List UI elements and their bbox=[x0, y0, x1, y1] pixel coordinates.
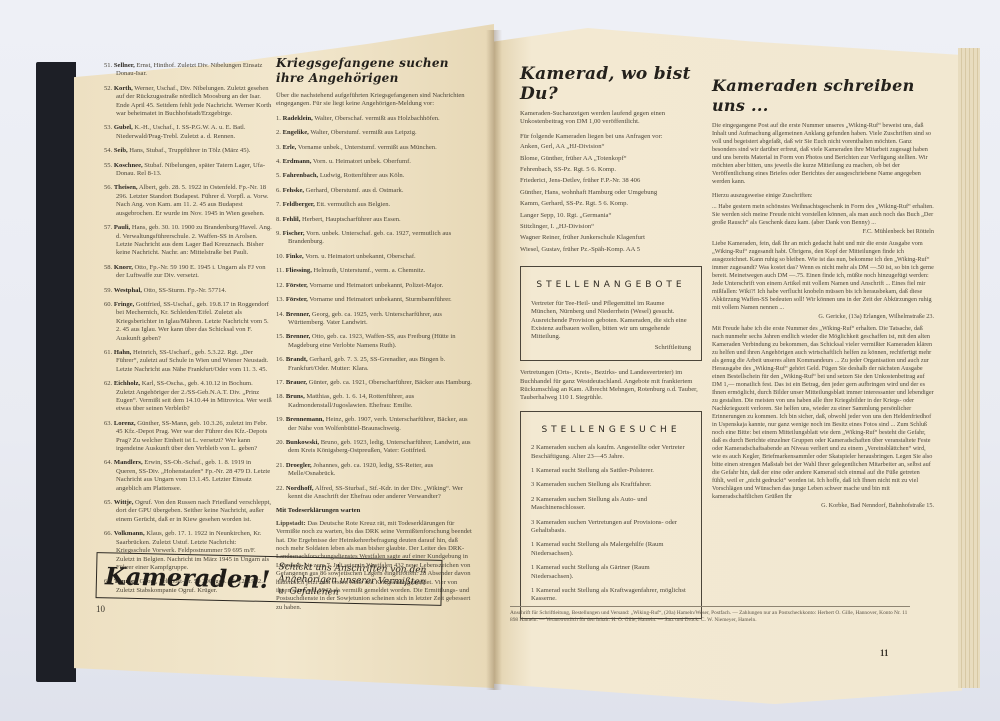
kameraden-banner: Kameraden! Schickt uns Anschriften von d… bbox=[96, 552, 443, 606]
left-page-number: 10 bbox=[96, 604, 105, 614]
pow-entry: 6. Fehske, Gerhard, Oberstumf. aus d. Os… bbox=[276, 187, 472, 195]
inquiry-names-list: Anken, Gerl, AA „HJ-Division“Blome, Günt… bbox=[520, 143, 702, 254]
entry-name: Wittje, bbox=[114, 499, 133, 506]
entry-name: Finke, bbox=[286, 253, 304, 260]
inquiry-name: Kamm, Gerhard, SS-Pz. Rgt. 5 6. Komp. bbox=[520, 200, 702, 208]
job-seeker-item: 3 Kameraden suchen Stellung als Kraftfah… bbox=[531, 481, 691, 489]
inquiry-name: Blome, Günther, früher AA „Totenkopf“ bbox=[520, 155, 702, 163]
inquiry-name: Anken, Gerl, AA „HJ-Division“ bbox=[520, 143, 702, 151]
inquiry-name: Wiesel, Gustav, früher Pz.-Späh-Komp. AA… bbox=[520, 246, 702, 254]
missing-person-entry: 61. Hahn, Heinrich, SS-Uscharf., geb. 5.… bbox=[104, 349, 272, 374]
banner-title: Kameraden! bbox=[105, 561, 271, 594]
letter-text: Liebe Kameraden, fein, daß Ihr an mich g… bbox=[712, 240, 934, 312]
entry-name: Lorenz, bbox=[114, 420, 136, 427]
pow-entry: 1. Radeklein, Walter, Oberschaf. vermißt… bbox=[276, 115, 472, 123]
job-offers-text: Vertreter für Tee-Heil- und Pflegemittel… bbox=[531, 300, 691, 342]
pow-entry: 2. Engelike, Walter, Oberstumf. vermißt … bbox=[276, 129, 472, 137]
pow-entry: 14. Brenner, Georg, geb. ca. 1925, verh.… bbox=[276, 311, 472, 328]
entry-name: Korth, bbox=[114, 85, 133, 92]
entry-name: Erdmann, bbox=[283, 158, 312, 165]
job-seeker-item: 1 Kamerad sucht Stellung als Malergehilf… bbox=[531, 541, 691, 558]
book-gutter bbox=[486, 30, 502, 690]
pow-column: Kriegsgefangene suchen ihre Angehörigen … bbox=[276, 56, 472, 618]
entry-name: Theisen, bbox=[114, 184, 138, 191]
right-page-number: 11 bbox=[880, 648, 889, 658]
entry-name: Mandlers, bbox=[114, 459, 143, 466]
pow-entry: 9. Fischer, Vorn. unbek. Unterschaf. geb… bbox=[276, 230, 472, 247]
inquiry-intro: Für folgende Kameraden liegen bei uns An… bbox=[520, 133, 702, 141]
entry-name: Sellner, bbox=[114, 62, 135, 69]
letters-intro: Die eingegangene Post auf die erste Numm… bbox=[712, 122, 934, 186]
job-seeker-item: 2 Kameraden suchen Stellung als Auto- un… bbox=[531, 496, 691, 513]
missing-persons-column: 51. Sellner, Ernst, Hinthof. Zuletzt Div… bbox=[104, 62, 272, 601]
pow-entry: 15. Brenner, Otto, geb. ca. 1923, Waffen… bbox=[276, 333, 472, 350]
kamerad-intro: Kameraden-Suchanzeigen werden laufend ge… bbox=[520, 110, 702, 127]
agency-notice: Vertretungen (Orts-, Kreis-, Bezirks- un… bbox=[520, 369, 702, 403]
entry-name: Fischer, bbox=[283, 230, 305, 237]
job-seeker-item: 1 Kamerad sucht Stellung als Sattler-Pol… bbox=[531, 467, 691, 475]
entry-name: Förster, bbox=[286, 282, 308, 289]
inquiry-name: Langer Sepp, 10. Rgt. „Germania“ bbox=[520, 212, 702, 220]
letters-heading: Kameraden schreiben uns ... bbox=[712, 76, 934, 116]
pow-entry: 13. Förster, Vorname und Heimatort unbek… bbox=[276, 296, 472, 304]
letter-text: ... Habe gestern mein schönstes Weihnach… bbox=[712, 203, 934, 227]
pow-entry: 16. Brandt, Gerhard, geb. 7. 3. 25, SS-G… bbox=[276, 356, 472, 373]
page-edges bbox=[958, 48, 980, 688]
entry-name: Radeklein, bbox=[283, 115, 313, 122]
entry-name: Knorr, bbox=[114, 264, 133, 271]
pow-entry: 4. Erdmann, Vorn. u. Heimatort unbek. Ob… bbox=[276, 158, 472, 166]
entry-name: Brauer, bbox=[286, 379, 307, 386]
pow-heading: Kriegsgefangene suchen ihre Angehörigen bbox=[276, 56, 472, 86]
entry-name: Pauli, bbox=[114, 224, 130, 231]
letters-list: ... Habe gestern mein schönstes Weihnach… bbox=[712, 203, 934, 510]
entry-name: Hahn, bbox=[114, 349, 131, 356]
entry-name: Fehske, bbox=[283, 187, 304, 194]
pow-entry: 11. Fliessing, Helmuth, Unterstumf., ver… bbox=[276, 267, 472, 275]
missing-person-entry: 63. Lorenz, Günther, SS-Mann, geb. 10.3.… bbox=[104, 420, 272, 454]
entry-name: Fahrenbach, bbox=[283, 172, 319, 179]
missing-person-entry: 54. Seib, Hans, Stubaf., Truppführer in … bbox=[104, 147, 272, 155]
job-seeker-item: 1 Kamerad sucht Stellung als Kraftwagenf… bbox=[531, 587, 691, 604]
missing-person-entry: 58. Knorr, Otto, Fp.-Nr. 59 190 E. 1945 … bbox=[104, 264, 272, 281]
job-seeker-item: 1 Kamerad sucht Stellung als Gärtner (Ra… bbox=[531, 564, 691, 581]
entry-name: Koschnee, bbox=[114, 162, 143, 169]
entry-name: Gubel, bbox=[114, 124, 133, 131]
entry-name: Seib, bbox=[114, 147, 128, 154]
inquiry-name: Günther, Hans, wohnhaft Hamburg oder Umg… bbox=[520, 189, 702, 197]
entry-name: Fliessing, bbox=[286, 267, 312, 274]
entry-name: Brandt, bbox=[286, 356, 308, 363]
banner-text: Schickt uns Anschriften von den Angehöri… bbox=[278, 561, 433, 601]
entry-name: Brennemann, bbox=[286, 416, 324, 423]
book-cover-back bbox=[36, 62, 76, 682]
entry-name: Bruns, bbox=[286, 393, 305, 400]
missing-person-entry: 51. Sellner, Ernst, Hinthof. Zuletzt Div… bbox=[104, 62, 272, 79]
entry-name: Feldberger, bbox=[283, 201, 315, 208]
inquiry-name: Friederici, Jens-Detlev, früher F.P.-Nr.… bbox=[520, 177, 702, 185]
pow-entry: 10. Finke, Vorn. u. Heimatort unbekannt,… bbox=[276, 253, 472, 261]
entry-name: Engelike, bbox=[283, 129, 309, 136]
pow-entry: 22. Nordhoff, Alfred, SS-Sturbaf., Stf.-… bbox=[276, 485, 472, 502]
entry-name: Eichholz, bbox=[114, 380, 140, 387]
letters-sample-intro: Hierzu auszugsweise einige Zuschriften: bbox=[712, 192, 934, 200]
entry-name: Volkmann, bbox=[114, 530, 145, 537]
pow-list: 1. Radeklein, Walter, Oberschaf. vermißt… bbox=[276, 115, 472, 502]
death-declarations-heading: Mit Todeserklärungen warten bbox=[276, 507, 472, 515]
job-offers-title: STELLENANGEBOTE bbox=[531, 281, 691, 289]
entry-name: Droegler, bbox=[286, 462, 312, 469]
missing-person-entry: 59. Westphal, Otto, SS-Sturm. Fp.-Nr. 57… bbox=[104, 287, 272, 295]
job-offers-signature: Schriftleitung bbox=[531, 344, 691, 352]
missing-person-entry: 64. Mandlers, Erwin, SS-Ob.-Schaf., geb.… bbox=[104, 459, 272, 493]
entry-name: Brenner, bbox=[286, 311, 310, 318]
job-offers-box: STELLENANGEBOTE Vertreter für Tee-Heil- … bbox=[520, 266, 702, 361]
inquiry-name: Wagner Reiner, früher Junkerschule Klage… bbox=[520, 234, 702, 242]
entry-name: Förster, bbox=[286, 296, 308, 303]
entry-name: Bunkowski, bbox=[286, 439, 319, 446]
missing-person-entry: 56. Theisen, Albert, geb. 28. 5. 1922 in… bbox=[104, 184, 272, 218]
letter-signature: G. Korbke, Bad Nenndorf, Bahnhofstraße 1… bbox=[712, 502, 934, 510]
pow-entry: 21. Droegler, Johannes, geb. ca. 1920, l… bbox=[276, 462, 472, 479]
missing-person-entry: 60. Fringe, Gottfried, SS-Uschaf., geb. … bbox=[104, 301, 272, 343]
pow-entry: 17. Brauer, Günter, geb. ca. 1921, Obers… bbox=[276, 379, 472, 387]
job-seeker-item: 2 Kameraden suchen als kaufm. Angestellt… bbox=[531, 444, 691, 461]
inquiry-name: Stitzlinger, I. „HJ-Division“ bbox=[520, 223, 702, 231]
kamerad-heading: Kamerad, wo bist Du? bbox=[520, 64, 702, 104]
pow-entry: 3. Erle, Vorname unbek., Unterstumf. ver… bbox=[276, 144, 472, 152]
pow-entry: 5. Fahrenbach, Ludwig, Rottenführer aus … bbox=[276, 172, 472, 180]
imprint: Anschrift für Schriftleitung, Bestellung… bbox=[510, 606, 910, 624]
letters-column: Kameraden schreiben uns ... Die eingegan… bbox=[712, 76, 934, 514]
pow-entry: 20. Bunkowski, Bruno, geb. 1923, ledig, … bbox=[276, 439, 472, 456]
missing-person-entry: 55. Koschnee, Stubaf. Nibelungen, später… bbox=[104, 162, 272, 179]
missing-person-entry: 62. Eichholz, Karl, SS-Oscha., geb. 4.10… bbox=[104, 380, 272, 414]
letter-text: Mit Freude habe ich die erste Nummer des… bbox=[712, 325, 934, 501]
job-seeker-item: 3 Kameraden suchen Vertretungen auf Prov… bbox=[531, 519, 691, 536]
pow-entry: 19. Brennemann, Heinz, geb. 1907, verh. … bbox=[276, 416, 472, 433]
entry-name: Nordhoff, bbox=[286, 485, 314, 492]
inquiry-name: Fehrenbach, SS-Pz. Rgt. 5 6. Komp. bbox=[520, 166, 702, 174]
missing-person-entry: 57. Pauli, Hans, geb. 30. 10. 1900 zu Br… bbox=[104, 224, 272, 258]
kamerad-column: Kamerad, wo bist Du? Kameraden-Suchanzei… bbox=[520, 64, 702, 627]
missing-person-entry: 52. Korth, Werner, Uschaf., Div. Nibelun… bbox=[104, 85, 272, 119]
letter-signature: F.C. Mühlenbeck bei Rötteln bbox=[712, 228, 934, 236]
pow-entry: 8. Fehlil, Herbert, Hauptscharführer aus… bbox=[276, 216, 472, 224]
pow-entry: 7. Feldberger, Ett. vermutlich aus Belgi… bbox=[276, 201, 472, 209]
missing-person-entry: 65. Wittje, Ogruf. Von den Russen nach F… bbox=[104, 499, 272, 524]
entry-name: Brenner, bbox=[286, 333, 310, 340]
pow-entry: 18. Bruns, Matthias, geb. 1. 6. 14, Rott… bbox=[276, 393, 472, 410]
entry-name: Erle, bbox=[283, 144, 297, 151]
job-seekers-title: STELLENGESUCHE bbox=[531, 426, 691, 434]
pow-entry: 12. Förster, Vorname und Heimatort unbek… bbox=[276, 282, 472, 290]
pow-intro: Über die nachstehend aufgeführten Kriegs… bbox=[276, 92, 472, 109]
entry-name: Fringe, bbox=[114, 301, 134, 308]
letter-signature: G. Gericke, (13a) Erlangen, Wilhelmstraß… bbox=[712, 313, 934, 321]
entry-name: Fehlil, bbox=[283, 216, 301, 223]
missing-person-entry: 53. Gubel, K.-H., Uschaf., I. SS-P.G.W. … bbox=[104, 124, 272, 141]
job-seekers-list: 2 Kameraden suchen als kaufm. Angestellt… bbox=[531, 444, 691, 604]
entry-name: Westphal, bbox=[114, 287, 142, 294]
job-seekers-box: STELLENGESUCHE 2 Kameraden suchen als ka… bbox=[520, 411, 702, 619]
